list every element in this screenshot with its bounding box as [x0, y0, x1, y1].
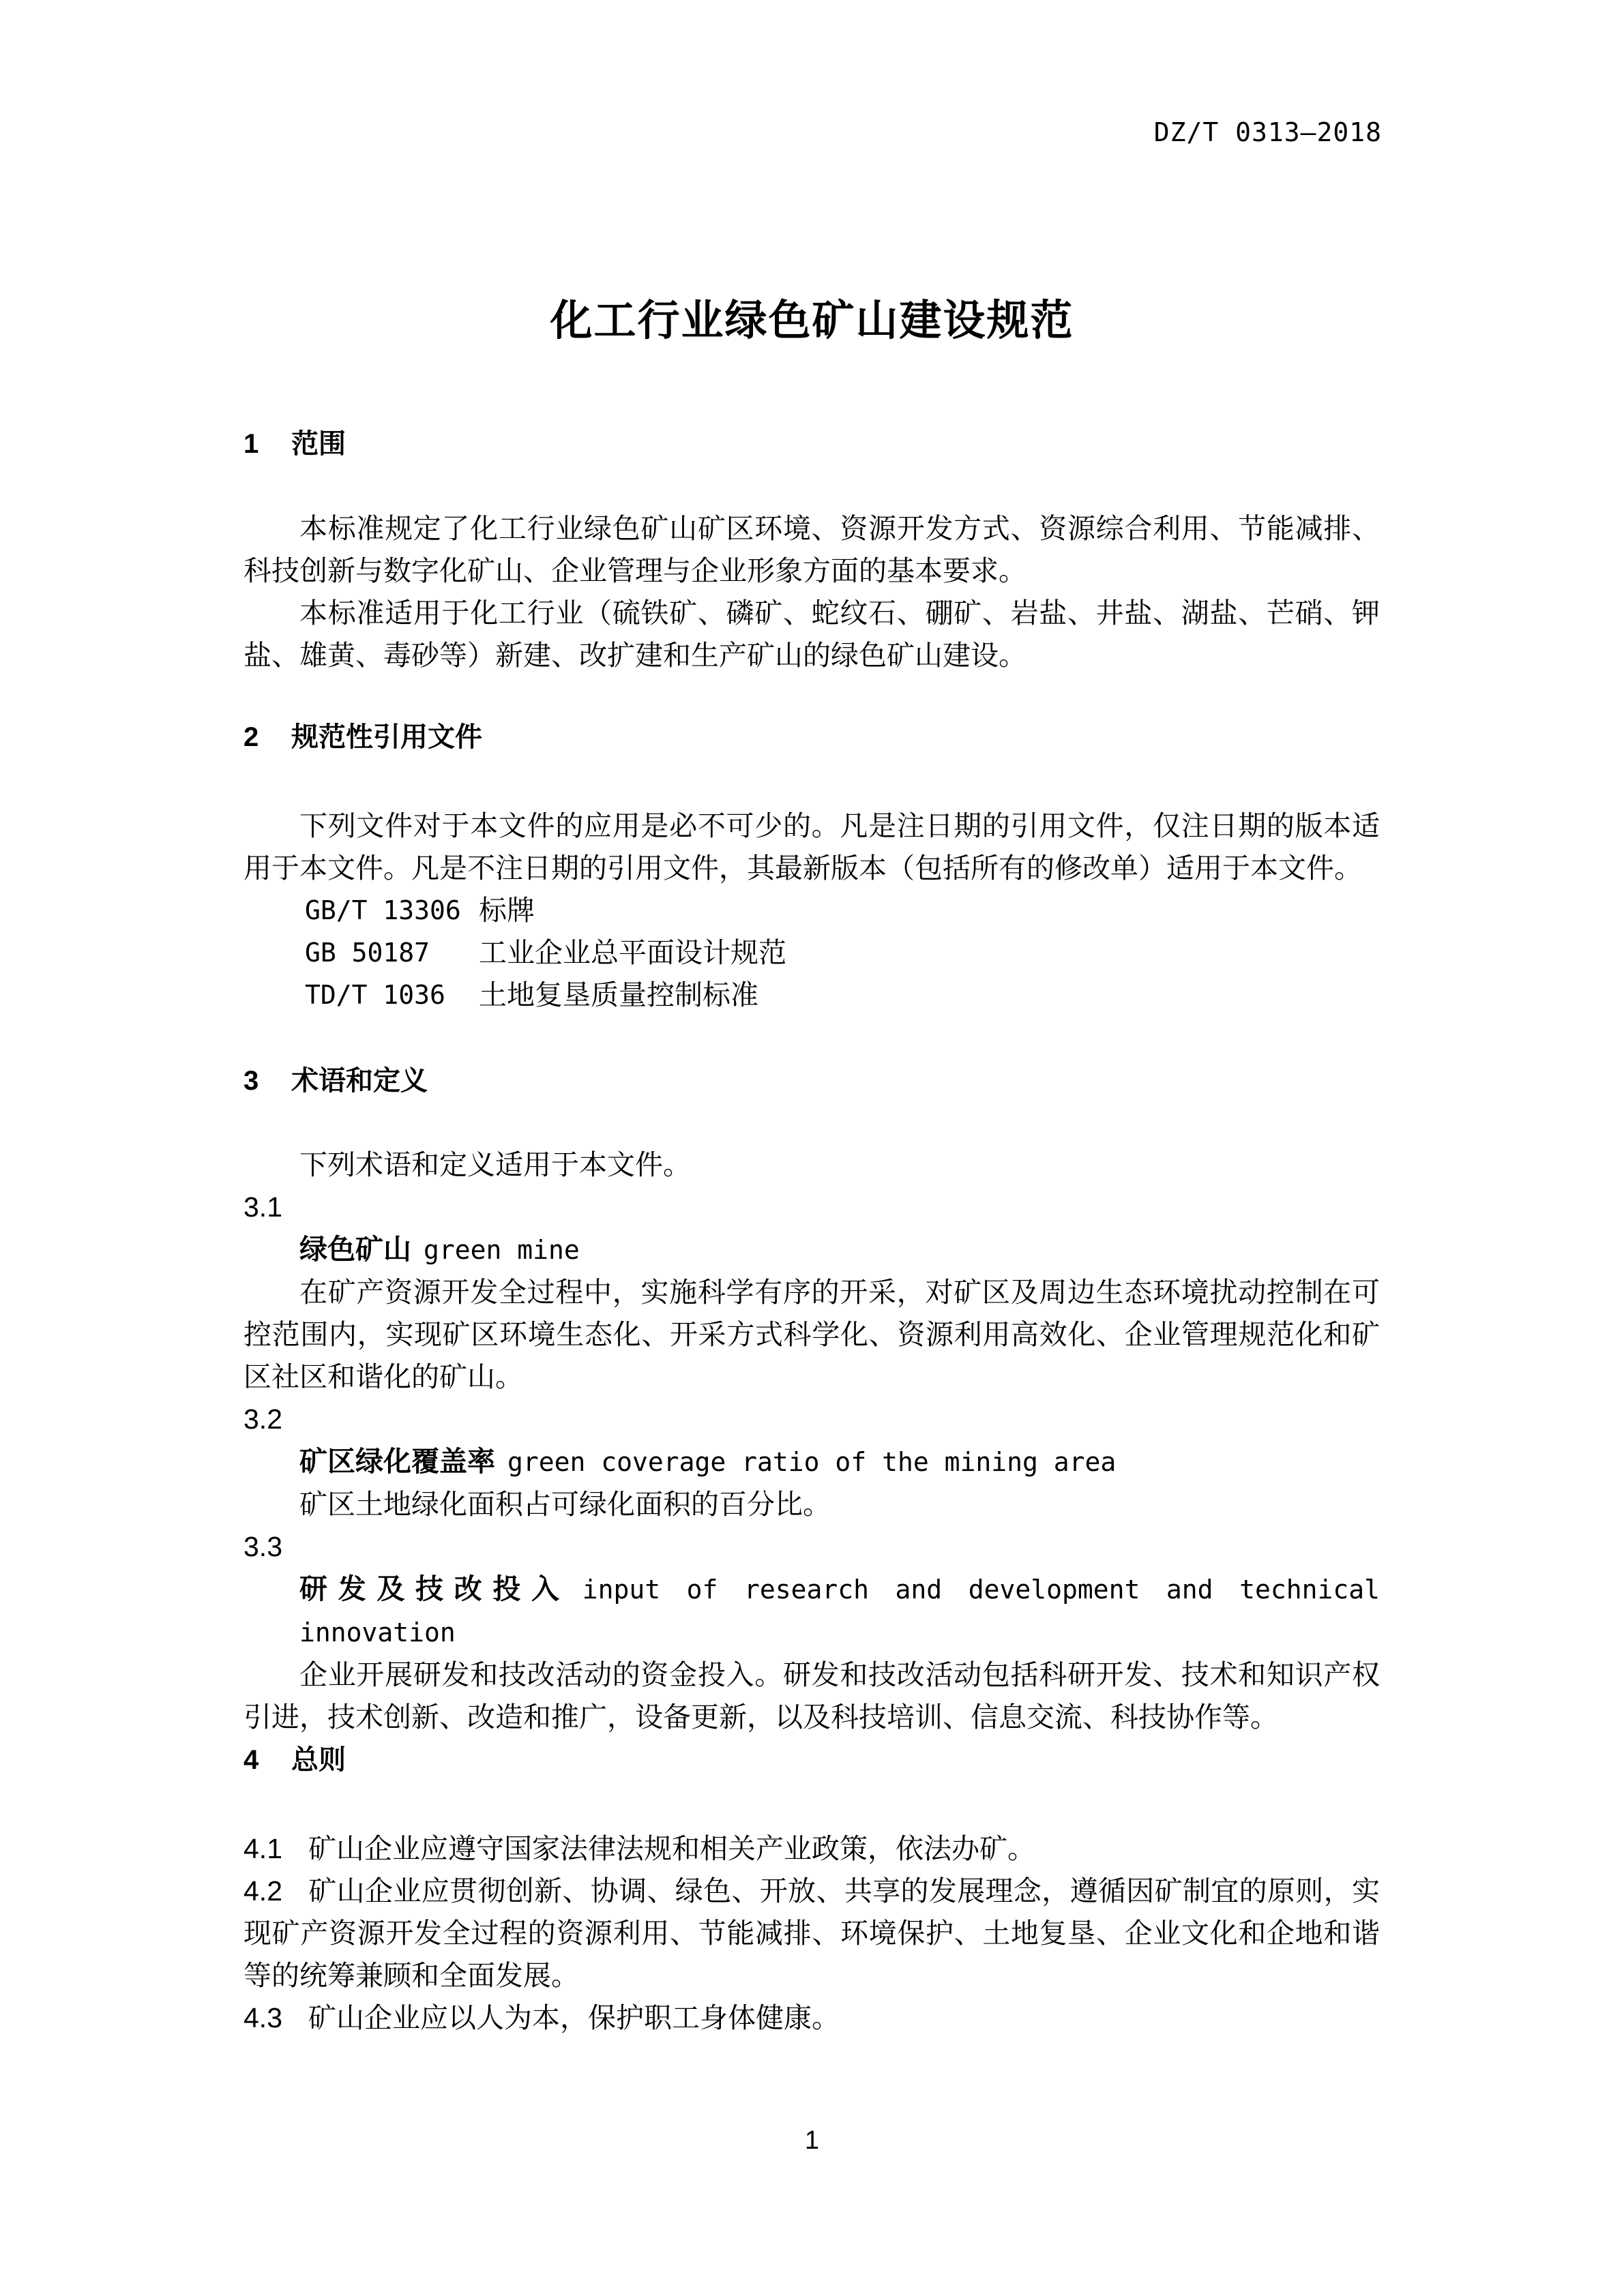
section-1-heading: 1范围: [243, 428, 1380, 460]
clause: 4.2矿山企业应贯彻创新、协调、绿色、开放、共享的发展理念，遵循因矿制宜的原则，…: [243, 1870, 1380, 1997]
clause-text: 矿山企业应以人为本，保护职工身体健康。: [308, 2002, 840, 2033]
term-number: 3.2: [243, 1398, 1380, 1440]
reference-item: TD/T 1036 土地复垦质量控制标准: [243, 974, 1380, 1016]
reference-name: 标牌: [479, 889, 535, 931]
term-definition: 企业开展研发和技改活动的资金投入。研发和技改活动包括科研开发、技术和知识产权引进…: [243, 1654, 1380, 1738]
section-2-number: 2: [243, 721, 291, 753]
section-1-heading-text: 范围: [291, 429, 346, 459]
reference-item: GB/T 13306 标牌: [243, 889, 1380, 931]
clause: 4.1矿山企业应遵守国家法律法规和相关产业政策，依法办矿。: [243, 1828, 1380, 1870]
section-1-number: 1: [243, 428, 291, 460]
document-page: DZ/T 0313—2018 化工行业绿色矿山建设规范 1范围 本标准规定了化工…: [0, 0, 1624, 2296]
section-2-heading: 2规范性引用文件: [243, 721, 1380, 753]
term-title: 矿区绿化覆盖率green coverage ratio of the minin…: [243, 1440, 1380, 1483]
standard-code: DZ/T 0313—2018: [1154, 117, 1382, 147]
term-title: 研发及技改投入input of research and development…: [243, 1568, 1380, 1654]
clause-number: 4.1: [243, 1828, 308, 1870]
section-3-heading: 3术语和定义: [243, 1065, 1380, 1097]
section-4-number: 4: [243, 1744, 291, 1776]
section-2-heading-text: 规范性引用文件: [291, 722, 482, 752]
document-title: 化工行业绿色矿山建设规范: [0, 286, 1624, 347]
page-number: 1: [0, 2126, 1624, 2156]
clause-text: 矿山企业应贯彻创新、协调、绿色、开放、共享的发展理念，遵循因矿制宜的原则，实现矿…: [243, 1875, 1380, 1991]
section-4-heading-text: 总则: [291, 1745, 346, 1775]
paragraph: 本标准适用于化工行业（硫铁矿、磷矿、蛇纹石、硼矿、岩盐、井盐、湖盐、芒硝、钾盐、…: [243, 592, 1380, 676]
reference-name: 工业企业总平面设计规范: [479, 931, 786, 974]
term-number: 3.3: [243, 1525, 1380, 1568]
term-number: 3.1: [243, 1186, 1380, 1228]
section-3-heading-text: 术语和定义: [291, 1066, 428, 1096]
reference-code: GB 50187: [305, 931, 479, 974]
section-3-number: 3: [243, 1065, 291, 1097]
section-2-body: 下列文件对于本文件的应用是必不可少的。凡是注日期的引用文件，仅注日期的版本适用于…: [243, 805, 1380, 1016]
paragraph: 本标准规定了化工行业绿色矿山矿区环境、资源开发方式、资源综合利用、节能减排、科技…: [243, 507, 1380, 592]
term-definition: 矿区土地绿化面积占可绿化面积的百分比。: [243, 1483, 1380, 1525]
terms-intro: 下列术语和定义适用于本文件。: [243, 1144, 1380, 1186]
term-definition: 在矿产资源开发全过程中，实施科学有序的开采，对矿区及周边生态环境扰动控制在可控范…: [243, 1271, 1380, 1398]
section-3-body: 下列术语和定义适用于本文件。 3.1 绿色矿山green mine 在矿产资源开…: [243, 1144, 1380, 1738]
reference-code: GB/T 13306: [305, 889, 479, 931]
reference-item: GB 50187 工业企业总平面设计规范: [243, 931, 1380, 974]
reference-name: 土地复垦质量控制标准: [479, 974, 758, 1016]
clause-number: 4.2: [243, 1870, 308, 1912]
section-1-body: 本标准规定了化工行业绿色矿山矿区环境、资源开发方式、资源综合利用、节能减排、科技…: [243, 507, 1380, 676]
term-name-cn: 绿色矿山: [299, 1234, 411, 1265]
reference-code: TD/T 1036: [305, 974, 479, 1016]
term-name-en: green coverage ratio of the mining area: [507, 1447, 1116, 1477]
term-name-en: green mine: [424, 1235, 580, 1265]
section-4-heading: 4总则: [243, 1744, 1380, 1776]
term-title: 绿色矿山green mine: [243, 1228, 1380, 1271]
paragraph: 下列文件对于本文件的应用是必不可少的。凡是注日期的引用文件，仅注日期的版本适用于…: [243, 805, 1380, 889]
clause-text: 矿山企业应遵守国家法律法规和相关产业政策，依法办矿。: [308, 1833, 1035, 1864]
term-name-cn: 研发及技改投入: [299, 1573, 570, 1605]
section-4-body: 4.1矿山企业应遵守国家法律法规和相关产业政策，依法办矿。 4.2矿山企业应贯彻…: [243, 1828, 1380, 2039]
term-name-cn: 矿区绿化覆盖率: [299, 1446, 495, 1477]
clause: 4.3矿山企业应以人为本，保护职工身体健康。: [243, 1997, 1380, 2039]
clause-number: 4.3: [243, 1997, 308, 2039]
